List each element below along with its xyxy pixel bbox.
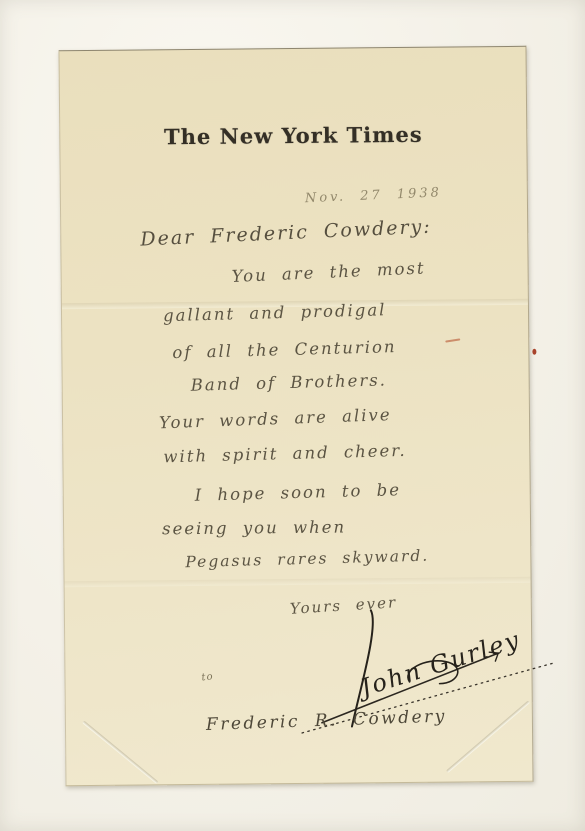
body-line: of all the Centurion bbox=[172, 337, 397, 362]
body-line: Your words are alive bbox=[159, 405, 392, 432]
salutation: Dear Frederic Cowdery: bbox=[140, 216, 432, 251]
handwritten-date: Nov. 27 1938 bbox=[305, 185, 443, 206]
red-ink-dash bbox=[445, 338, 460, 342]
body-line: You are the most bbox=[231, 258, 426, 286]
to-annotation: to bbox=[201, 671, 214, 683]
body-line: Pegasus rares skyward. bbox=[185, 547, 429, 572]
body-line: seeing you when bbox=[162, 518, 346, 539]
red-ink-dot bbox=[532, 349, 536, 355]
body-line: with spirit and cheer. bbox=[163, 441, 407, 467]
signature-name: John Gurley bbox=[352, 625, 524, 703]
letter-paper: The New York Times Nov. 27 1938 Dear Fre… bbox=[58, 46, 533, 786]
fold-crease-lower bbox=[65, 577, 531, 587]
letter-photo: The New York Times Nov. 27 1938 Dear Fre… bbox=[0, 0, 585, 831]
body-line: Band of Brothers. bbox=[190, 370, 387, 394]
body-line: I hope soon to be bbox=[195, 480, 402, 505]
corner-fold-crease-left bbox=[82, 721, 158, 784]
letterhead-title: The New York Times bbox=[60, 121, 526, 150]
